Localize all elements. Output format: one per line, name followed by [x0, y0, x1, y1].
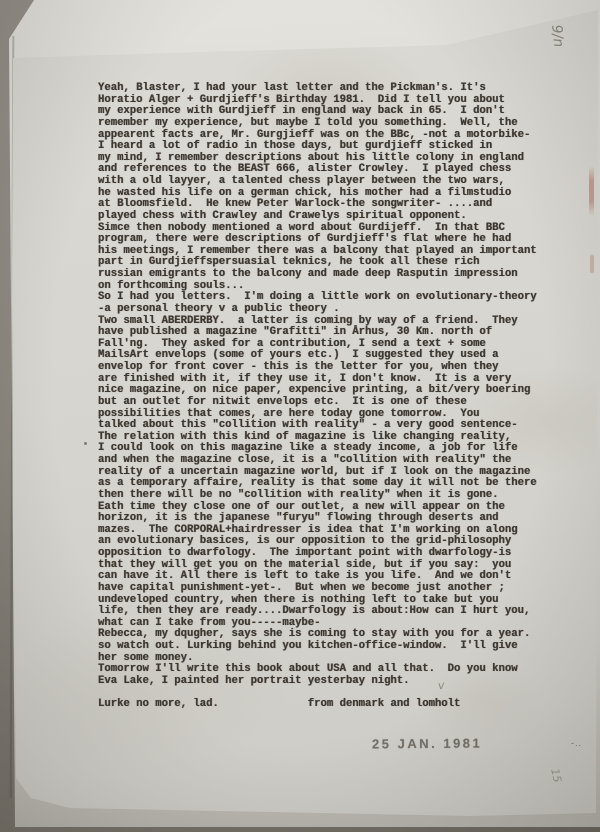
- stamp-side-mark: -..: [571, 738, 582, 748]
- pencil-note-bottom-right: 15: [548, 767, 564, 783]
- photo-background: { "letter": { "lines": [ "Yeah, Blaster,…: [0, 0, 600, 832]
- pencil-checkmark: v: [437, 679, 445, 693]
- margin-dot: [84, 442, 87, 445]
- date-stamp: 25 JAN. 1981: [372, 736, 482, 752]
- letter-body: Yeah, Blaster, I had your last letter an…: [98, 83, 537, 711]
- letter-sheet: Yeah, Blaster, I had your last letter an…: [0, 0, 600, 832]
- red-smudge: [589, 166, 594, 216]
- pencil-note-top-right: 9/n: [548, 24, 566, 48]
- red-smudge: [590, 255, 594, 273]
